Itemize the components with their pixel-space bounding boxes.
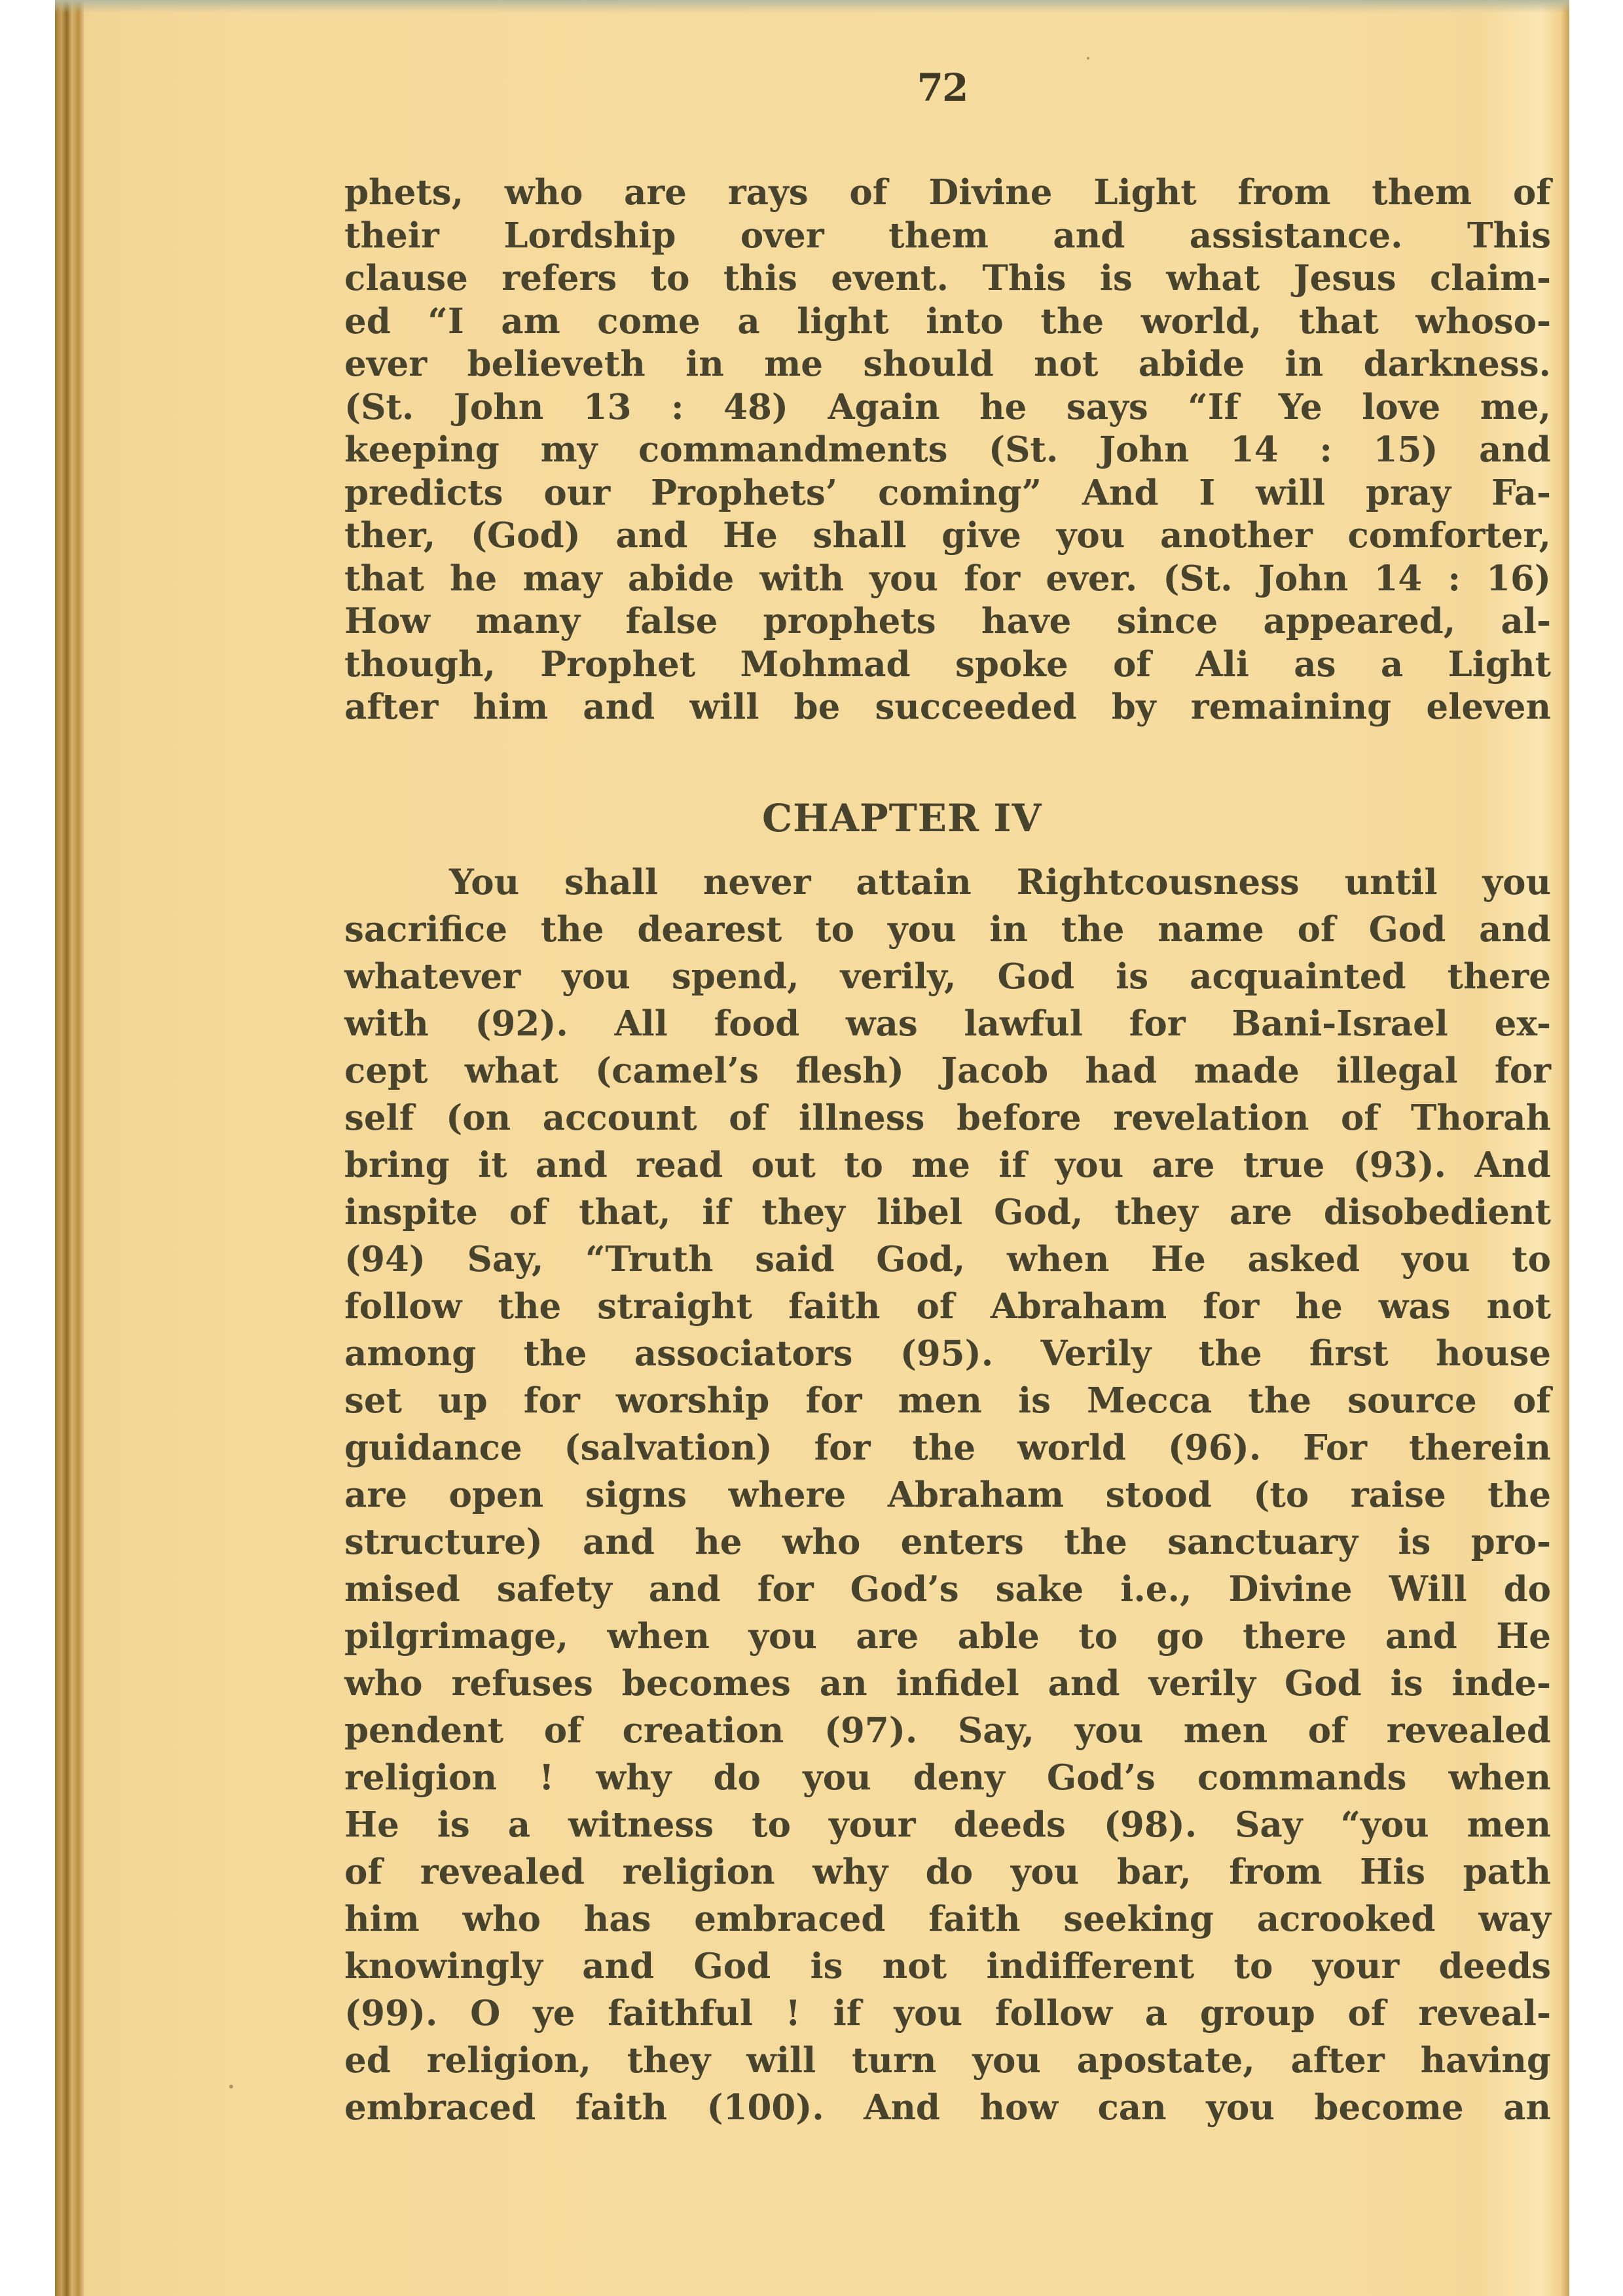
text-line: phets, who are rays of Divine Light from… [344,171,1551,215]
text-line: embraced faith (100). And how can you be… [344,2084,1551,2131]
text-block-chapter-iv: You shall never attain Rightcousness unt… [344,859,1551,2131]
paper-speck [1087,57,1089,60]
text-line: (St. John 13 : 48) Again he says “If Ye … [344,386,1551,429]
text-line: that he may abide with you for ever. (St… [344,558,1551,601]
text-line: mised safety and for God’s sake i.e., Di… [344,1566,1551,1613]
text-line: ed religion, they will turn you apostate… [344,2037,1551,2084]
text-line: inspite of that, if they libel God, they… [344,1189,1551,1236]
text-line: follow the straight faith of Abraham for… [344,1283,1551,1330]
text-line: set up for worship for men is Mecca the … [344,1377,1551,1424]
text-line: ther, (God) and He shall give you anothe… [344,514,1551,558]
text-line: guidance (salvation) for the world (96).… [344,1424,1551,1471]
text-line: self (on account of illness before revel… [344,1094,1551,1141]
text-line: after him and will be succeeded by remai… [344,686,1551,729]
text-line: their Lordship over them and assistance.… [344,215,1551,258]
chapter-heading: CHAPTER IV [762,796,1116,840]
text-line: bring it and read out to me if you are t… [344,1141,1551,1189]
text-line: him who has embraced faith seeking acroo… [344,1895,1551,1943]
text-line: (94) Say, “Truth said God, when He asked… [344,1236,1551,1283]
text-line: pilgrimage, when you are able to go ther… [344,1613,1551,1660]
text-line: ever believeth in me should not abide in… [344,343,1551,386]
text-block-continuation: phets, who are rays of Divine Light from… [344,171,1551,729]
text-line: (99). O ye faithful ! if you follow a gr… [344,1990,1551,2037]
text-line: structure) and he who enters the sanctua… [344,1518,1551,1566]
text-line: knowingly and God is not indifferent to … [344,1943,1551,1990]
text-line: among the associators (95). Verily the f… [344,1330,1551,1377]
text-line: of revealed religion why do you bar, fro… [344,1848,1551,1895]
book-page: 72 phets, who are rays of Divine Light f… [55,0,1569,2296]
text-line: clause refers to this event. This is wha… [344,257,1551,300]
text-line: keeping my commandments (St. John 14 : 1… [344,429,1551,472]
page-number: 72 [906,65,978,110]
text-line: How many false prophets have since appea… [344,600,1551,643]
text-line: who refuses becomes an infidel and veril… [344,1660,1551,1707]
text-line: religion ! why do you deny God’s command… [344,1754,1551,1801]
text-line: predicts our Prophets’ coming” And I wil… [344,472,1551,515]
text-line: cept what (camel’s flesh) Jacob had made… [344,1047,1551,1094]
text-line: though, Prophet Mohmad spoke of Ali as a… [344,643,1551,687]
text-line: ed “I am come a light into the world, th… [344,300,1551,344]
text-line: whatever you spend, verily, God is acqua… [344,953,1551,1000]
text-line: pendent of creation (97). Say, you men o… [344,1707,1551,1754]
text-line: sacrifice the dearest to you in the name… [344,906,1551,953]
paragraph-first-line: You shall never attain Rightcousness unt… [344,859,1551,906]
text-line: with (92). All food was lawful for Bani-… [344,1000,1551,1047]
text-line: He is a witness to your deeds (98). Say … [344,1801,1551,1848]
text-line: are open signs where Abraham stood (to r… [344,1471,1551,1518]
paper-speck [229,2085,233,2089]
